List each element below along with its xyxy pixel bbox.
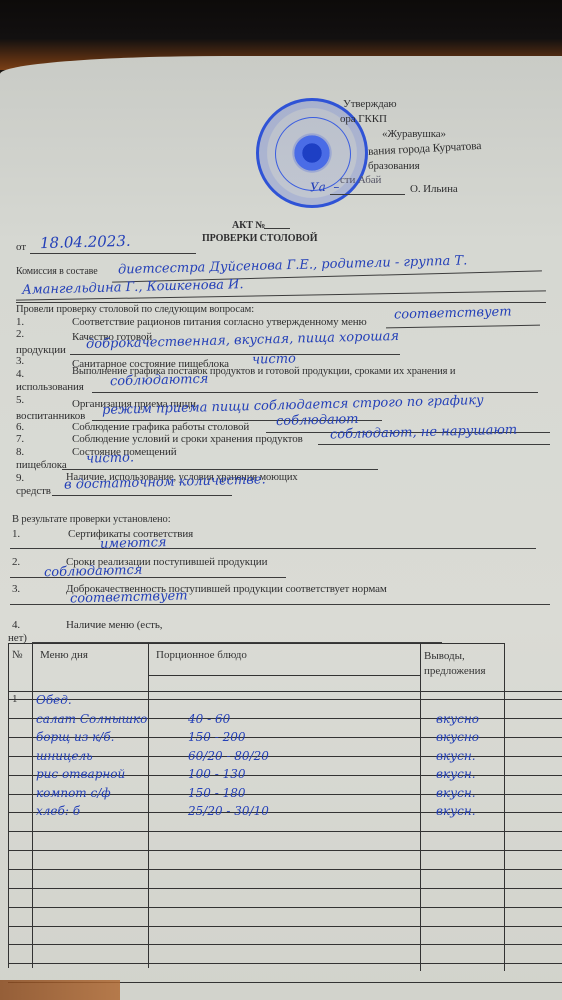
commission-line-3 xyxy=(16,302,546,303)
row-portion: 150 - 200 xyxy=(188,730,246,744)
row-line xyxy=(8,699,562,700)
row-line xyxy=(8,850,562,851)
row-line xyxy=(8,963,562,964)
results-intro: В результате проверки установлено: xyxy=(12,514,171,525)
row-conclusion: вкусн. xyxy=(436,804,476,818)
row-line xyxy=(8,831,562,832)
result-1-value: имеются xyxy=(100,535,167,552)
row-line xyxy=(8,869,562,870)
result-4-num: 4. xyxy=(12,619,20,631)
date-label: от xyxy=(16,241,26,253)
header-portion: Порционное блюдо xyxy=(156,649,247,661)
header-conclusions: Выводы, предложения xyxy=(424,649,502,679)
row-line xyxy=(8,691,562,692)
row-conclusion: вкусно xyxy=(436,730,479,744)
result-1-num: 1. xyxy=(12,528,20,540)
row-line xyxy=(8,888,562,889)
check-9-num: 9. xyxy=(16,472,24,484)
row-line xyxy=(8,812,562,813)
col-divider xyxy=(504,643,505,971)
row-conclusion: вкусн. xyxy=(436,749,476,763)
approval-line-3: «Журавушка» xyxy=(382,128,446,140)
result-3-num: 3. xyxy=(12,583,20,595)
header-num: № xyxy=(12,649,23,661)
row-line xyxy=(8,907,562,908)
row-portion: 60/20 - 80/20 xyxy=(188,749,269,763)
date-line xyxy=(30,253,196,254)
row-conclusion: вкусн. xyxy=(436,786,476,800)
result-4-label: Наличие меню (есть, xyxy=(66,619,162,631)
col-divider xyxy=(420,643,421,971)
approval-line-5: бразования xyxy=(368,160,420,172)
result-1-line xyxy=(10,548,536,549)
check-2-num: 2. xyxy=(16,328,24,340)
check-1-num: 1. xyxy=(16,316,24,328)
signer-name: О. Ильина xyxy=(410,183,458,195)
row-portion: 150 - 180 xyxy=(188,786,246,800)
header-menu: Меню дня xyxy=(40,649,88,661)
check-8-label2: пищеблока xyxy=(16,459,67,471)
approval-line-1: Утверждаю xyxy=(343,98,397,110)
row-menu-item: компот с/ф xyxy=(36,786,111,800)
result-3-line xyxy=(10,604,550,605)
check-8-line xyxy=(62,469,378,470)
check-2-line xyxy=(70,354,400,355)
row-number: 1 xyxy=(12,693,18,705)
act-title: ПРОВЕРКИ СТОЛОВОЙ xyxy=(202,233,317,244)
row-menu-item: хлеб: б xyxy=(36,804,80,818)
table-border-top xyxy=(8,643,504,644)
check-7-line xyxy=(318,444,550,445)
row-line xyxy=(8,944,562,945)
check-4-num: 4. xyxy=(16,368,24,380)
check-1-label: Соответствие рационов питания согласно у… xyxy=(72,316,367,328)
check-4-label2: использования xyxy=(16,381,84,393)
check-5-num: 5. xyxy=(16,394,24,406)
result-2-num: 2. xyxy=(12,556,20,568)
act-number-line xyxy=(264,228,290,229)
check-8-value: чисто. xyxy=(86,450,134,466)
commission-label: Комиссия в составе xyxy=(16,266,98,277)
checks-intro: Провели проверку столовой по следующим в… xyxy=(16,304,254,315)
check-7-num: 7. xyxy=(16,433,24,445)
row-portion: 100 - 130 xyxy=(188,767,246,781)
emblem-icon xyxy=(289,131,335,175)
approval-line-6: сти Абай xyxy=(340,174,381,186)
row-conclusion: вкусно xyxy=(436,712,479,726)
row-portion: 40 - 60 xyxy=(188,712,230,726)
row-menu-item: рис отварной xyxy=(36,767,125,781)
check-7-label: Соблюдение условий и сроки хранения прод… xyxy=(72,433,303,445)
row-conclusion: вкусн. xyxy=(436,767,476,781)
desk-edge xyxy=(0,980,120,1000)
row-menu-item: шницель xyxy=(36,749,93,763)
date-value: 18.04.2023. xyxy=(40,232,131,252)
act-number-label: АКТ № xyxy=(232,220,265,231)
row-menu-item: Обед. xyxy=(36,693,72,707)
row-menu-item: борщ из к/б. xyxy=(36,730,115,744)
menu-table: № Меню дня Порционное блюдо Выводы, пред… xyxy=(8,643,562,968)
header-subline xyxy=(148,675,420,676)
check-4-value: соблюдаются xyxy=(110,372,209,390)
signature-line xyxy=(330,194,405,195)
check-9-line xyxy=(52,495,232,496)
check-6-num: 6. xyxy=(16,421,24,433)
result-2-line xyxy=(10,577,286,578)
approval-line-2: ора ГККП xyxy=(340,113,387,125)
signature: Уа – xyxy=(310,180,340,195)
row-line xyxy=(8,926,562,927)
check-9-label2: средств xyxy=(16,485,51,497)
check-3-num: 3. xyxy=(16,355,24,367)
check-8-num: 8. xyxy=(16,446,24,458)
row-menu-item: салат Солнышко xyxy=(36,712,147,726)
check-1-value: соответствует xyxy=(394,304,512,322)
check-6-label: Соблюдение графика работы столовой xyxy=(72,421,249,433)
row-portion: 25/20 - 30/10 xyxy=(188,804,269,818)
